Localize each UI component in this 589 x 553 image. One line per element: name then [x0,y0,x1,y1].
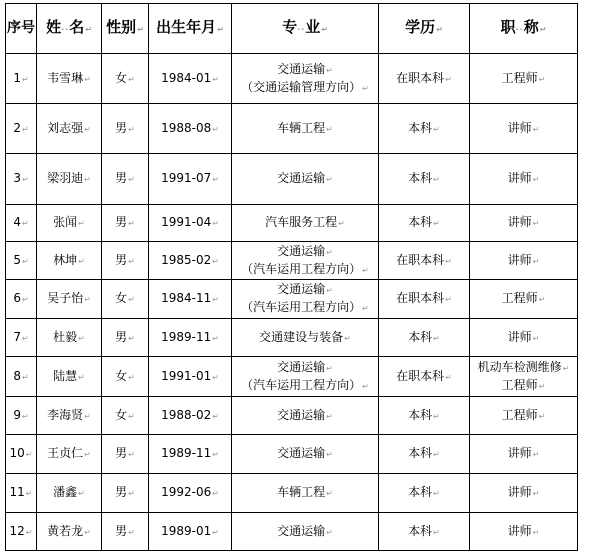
cell-title: 讲师↵ [470,319,578,357]
cell-title: 工程师↵ [470,54,578,104]
table-row: 10↵王贞仁↵男↵1989-11↵交通运输↵本科↵讲师↵ [6,435,578,474]
cell-education: 在职本科↵ [379,242,470,280]
cell-gender: 男↵ [102,319,149,357]
cell-education: 在职本科↵ [379,280,470,319]
cell-education: 本科↵ [379,397,470,435]
cell-title: 讲师↵ [470,435,578,474]
cell-major: 交通建设与装备↵ [232,319,379,357]
cell-major: 车辆工程↵ [232,474,379,513]
cell-birth: 1988-02↵ [149,397,232,435]
cell-no: 3↵ [6,154,37,205]
cell-title: 工程师↵ [470,397,578,435]
cell-name: 潘鑫↵ [37,474,102,513]
cell-gender: 男↵ [102,205,149,242]
header-education: 学历↵ [379,4,470,54]
cell-birth: 1992-06↵ [149,474,232,513]
cell-gender: 女↵ [102,280,149,319]
cell-major: 车辆工程↵ [232,104,379,154]
cell-title: 工程师↵ [470,280,578,319]
cell-major: 交通运输↵（汽车运用工程方向）↵ [232,280,379,319]
header-major: 专··业↵ [232,4,379,54]
cell-birth: 1985-02↵ [149,242,232,280]
cell-no: 5↵ [6,242,37,280]
cell-gender: 女↵ [102,54,149,104]
cell-no: 4↵ [6,205,37,242]
cell-title: 讲师↵ [470,205,578,242]
cell-name: 陆慧↵ [37,357,102,397]
cell-name: 韦雪琳↵ [37,54,102,104]
cell-name: 梁羽迪↵ [37,154,102,205]
table-row: 6↵吴子怡↵女↵1984-11↵交通运输↵（汽车运用工程方向）↵在职本科↵工程师… [6,280,578,319]
cell-major: 交通运输↵ [232,435,379,474]
table-row: 3↵梁羽迪↵男↵1991-07↵交通运输↵本科↵讲师↵ [6,154,578,205]
cell-birth: 1991-07↵ [149,154,232,205]
cell-education: 本科↵ [379,104,470,154]
header-title: 职··称↵ [470,4,578,54]
cell-gender: 男↵ [102,513,149,551]
cell-title: 讲师↵ [470,104,578,154]
cell-no: 11↵ [6,474,37,513]
cell-title: 机动车检测维修↵工程师↵ [470,357,578,397]
cell-major: 交通运输↵ [232,397,379,435]
cell-name: 吴子怡↵ [37,280,102,319]
cell-name: 杜毅↵ [37,319,102,357]
cell-education: 本科↵ [379,205,470,242]
cell-major: 交通运输↵ [232,154,379,205]
cell-name: 王贞仁↵ [37,435,102,474]
cell-education: 本科↵ [379,435,470,474]
cell-gender: 男↵ [102,474,149,513]
cell-gender: 男↵ [102,104,149,154]
cell-major: 汽车服务工程↵ [232,205,379,242]
table-body: 1↵韦雪琳↵女↵1984-01↵交通运输↵（交通运输管理方向）↵在职本科↵工程师… [6,54,578,551]
cell-education: 在职本科↵ [379,357,470,397]
header-name: 姓··名↵ [37,4,102,54]
cell-no: 8↵ [6,357,37,397]
cell-birth: 1988-08↵ [149,104,232,154]
cell-gender: 女↵ [102,397,149,435]
cell-no: 9↵ [6,397,37,435]
cell-education: 本科↵ [379,319,470,357]
cell-education: 本科↵ [379,513,470,551]
cell-name: 黄若龙↵ [37,513,102,551]
cell-education: 本科↵ [379,474,470,513]
cell-birth: 1991-04↵ [149,205,232,242]
cell-gender: 男↵ [102,154,149,205]
cell-birth: 1989-11↵ [149,435,232,474]
header-row: 序号 姓··名↵ 性别↵ 出生年月↵ 专··业↵ 学历↵ 职··称↵ [6,4,578,54]
cell-title: 讲师↵ [470,513,578,551]
cell-major: 交通运输↵（交通运输管理方向）↵ [232,54,379,104]
cell-no: 2↵ [6,104,37,154]
cell-major: 交通运输↵ [232,513,379,551]
cell-birth: 1984-11↵ [149,280,232,319]
table-row: 2↵刘志强↵男↵1988-08↵车辆工程↵本科↵讲师↵ [6,104,578,154]
table-row: 5↵林坤↵男↵1985-02↵交通运输↵（汽车运用工程方向）↵在职本科↵讲师↵ [6,242,578,280]
table-row: 1↵韦雪琳↵女↵1984-01↵交通运输↵（交通运输管理方向）↵在职本科↵工程师… [6,54,578,104]
table-row: 12↵黄若龙↵男↵1989-01↵交通运输↵本科↵讲师↵ [6,513,578,551]
cell-name: 张闻↵ [37,205,102,242]
cell-no: 12↵ [6,513,37,551]
header-birth: 出生年月↵ [149,4,232,54]
table-row: 11↵潘鑫↵男↵1992-06↵车辆工程↵本科↵讲师↵ [6,474,578,513]
cell-name: 刘志强↵ [37,104,102,154]
table-row: 8↵陆慧↵女↵1991-01↵交通运输↵（汽车运用工程方向）↵在职本科↵机动车检… [6,357,578,397]
cell-birth: 1989-11↵ [149,319,232,357]
staff-table: 序号 姓··名↵ 性别↵ 出生年月↵ 专··业↵ 学历↵ 职··称↵ 1↵韦雪琳… [5,3,578,551]
table-row: 7↵杜毅↵男↵1989-11↵交通建设与装备↵本科↵讲师↵ [6,319,578,357]
cell-gender: 男↵ [102,242,149,280]
table-row: 4↵张闻↵男↵1991-04↵汽车服务工程↵本科↵讲师↵ [6,205,578,242]
cell-no: 10↵ [6,435,37,474]
cell-no: 7↵ [6,319,37,357]
cell-gender: 男↵ [102,435,149,474]
cell-major: 交通运输↵（汽车运用工程方向）↵ [232,242,379,280]
cell-title: 讲师↵ [470,154,578,205]
cell-title: 讲师↵ [470,474,578,513]
cell-major: 交通运输↵（汽车运用工程方向）↵ [232,357,379,397]
cell-no: 1↵ [6,54,37,104]
cell-birth: 1989-01↵ [149,513,232,551]
cell-title: 讲师↵ [470,242,578,280]
cell-birth: 1991-01↵ [149,357,232,397]
cell-no: 6↵ [6,280,37,319]
cell-education: 在职本科↵ [379,54,470,104]
cell-name: 林坤↵ [37,242,102,280]
header-gender: 性别↵ [102,4,149,54]
table-row: 9↵李海贤↵女↵1988-02↵交通运输↵本科↵工程师↵ [6,397,578,435]
cell-education: 本科↵ [379,154,470,205]
header-no: 序号 [6,4,37,54]
cell-gender: 女↵ [102,357,149,397]
cell-birth: 1984-01↵ [149,54,232,104]
cell-name: 李海贤↵ [37,397,102,435]
